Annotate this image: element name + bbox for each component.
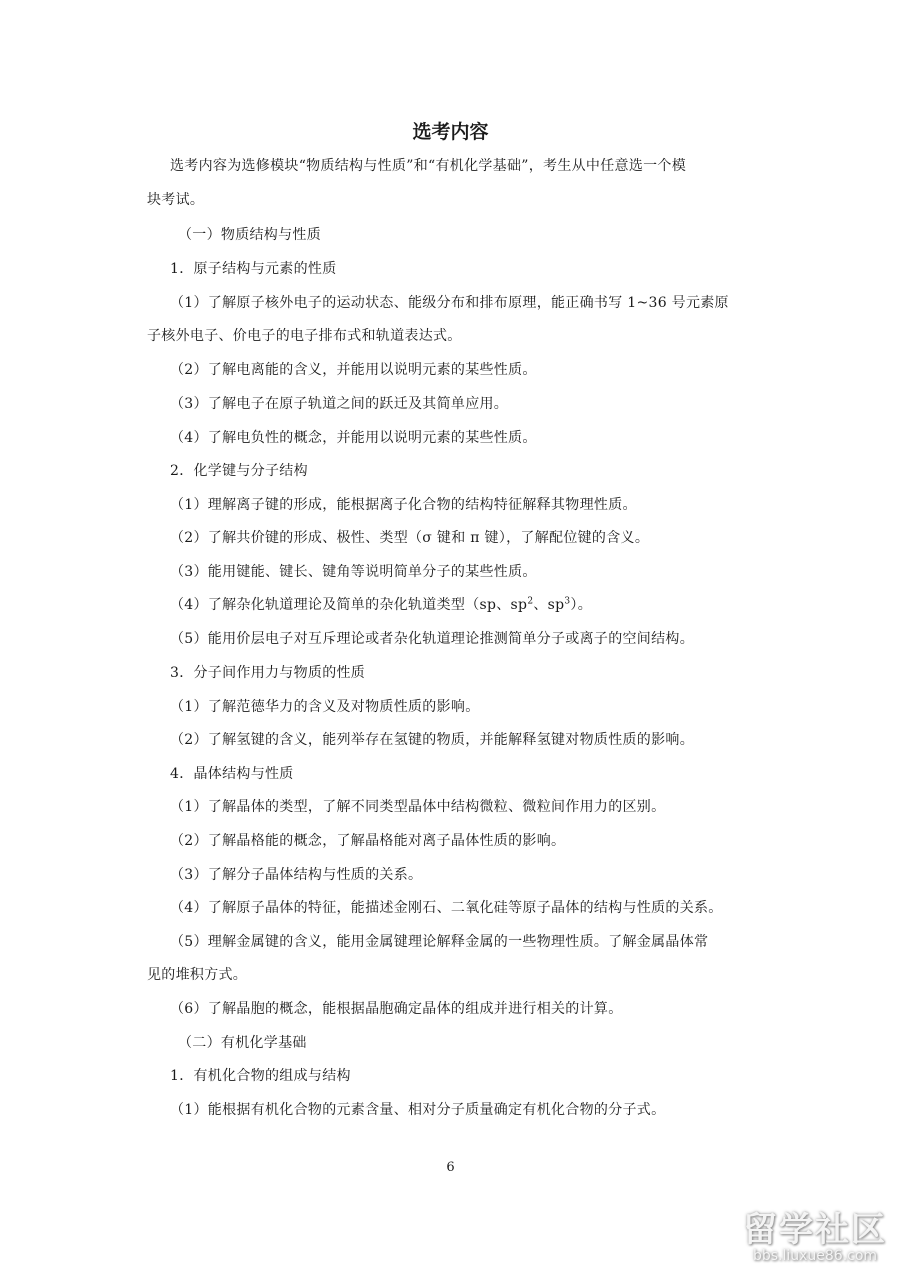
- paragraph-line: 3．分子间作用力与物质的性质: [170, 662, 365, 682]
- paragraph-line: 选考内容为选修模块“物质结构与性质”和“有机化学基础”，考生从中任意选一个模: [170, 155, 686, 175]
- watermark-url: bbs.liuxue86.com: [740, 1248, 890, 1264]
- text-span: 、sp: [533, 597, 564, 613]
- paragraph-line: （4）了解原子晶体的特征，能描述金刚石、二氧化硅等原子晶体的结构与性质的关系。: [170, 897, 723, 917]
- text-span: ）。: [570, 597, 592, 613]
- paragraph-line: （3）了解电子在原子轨道之间的跃迁及其简单应用。: [170, 393, 508, 413]
- paragraph-line: （1）理解离子键的形成，能根据离子化合物的结构特征解释其物理性质。: [170, 494, 637, 514]
- paragraph-line: （4）了解电负性的概念，并能用以说明元素的某些性质。: [170, 427, 537, 447]
- paragraph-line: （1）能根据有机化合物的元素含量、相对分子质量确定有机化合物的分子式。: [170, 1099, 665, 1119]
- watermark-text: 留学社区: [740, 1212, 890, 1248]
- paragraph-line: 见的堆积方式。: [147, 964, 247, 984]
- page-number: 6: [0, 1160, 901, 1175]
- paragraph-line: 子核外电子、价电子的电子排布式和轨道表达式。: [147, 325, 462, 345]
- paragraph-line: 1．原子结构与元素的性质: [170, 258, 337, 278]
- paragraph-line: （2）了解共价键的形成、极性、类型（σ 键和 π 键），了解配位键的含义。: [170, 527, 649, 547]
- paragraph-line: （2）了解晶格能的概念，了解晶格能对离子晶体性质的影响。: [170, 830, 565, 850]
- paragraph-line: 2．化学键与分子结构: [170, 460, 308, 480]
- text-span: （4）了解杂化轨道理论及简单的杂化轨道类型（sp、sp: [170, 597, 527, 613]
- paragraph-line: （一）物质结构与性质: [178, 224, 321, 244]
- paragraph-line: （2）了解氢键的含义，能列举存在氢键的物质，并能解释氢键对物质性质的影响。: [170, 729, 694, 749]
- paragraph-line: （1）了解原子核外电子的运动状态、能级分布和排布原理，能正确书写 1~36 号元…: [170, 292, 729, 312]
- watermark-logo: 留学社区 bbs.liuxue86.com: [740, 1212, 890, 1264]
- paragraph-line: （6）了解晶胞的概念，能根据晶胞确定晶体的组成并进行相关的计算。: [170, 998, 623, 1018]
- paragraph-line: （5）能用价层电子对互斥理论或者杂化轨道理论推测简单分子或离子的空间结构。: [170, 628, 694, 648]
- page-title: 选考内容: [0, 117, 901, 144]
- paragraph-line: （3）了解分子晶体结构与性质的关系。: [170, 864, 422, 884]
- paragraph-line: （1）了解晶体的类型，了解不同类型晶体中结构微粒、微粒间作用力的区别。: [170, 796, 665, 816]
- paragraph-line: （3）能用键能、键长、键角等说明简单分子的某些性质。: [170, 561, 537, 581]
- paragraph-line: 1．有机化合物的组成与结构: [170, 1065, 351, 1085]
- paragraph-line: （2）了解电离能的含义，并能用以说明元素的某些性质。: [170, 359, 537, 379]
- paragraph-line: 块考试。: [147, 189, 204, 209]
- paragraph-line: （1）了解范德华力的含义及对物质性质的影响。: [170, 696, 480, 716]
- paragraph-line: （5）理解金属键的含义，能用金属键理论解释金属的一些物理性质。了解金属晶体常: [170, 931, 708, 951]
- paragraph-line-hybridization: （4）了解杂化轨道理论及简单的杂化轨道类型（sp、sp2、sp3）。: [170, 594, 592, 614]
- paragraph-line: 4．晶体结构与性质: [170, 763, 294, 783]
- paragraph-line: （二）有机化学基础: [178, 1032, 307, 1052]
